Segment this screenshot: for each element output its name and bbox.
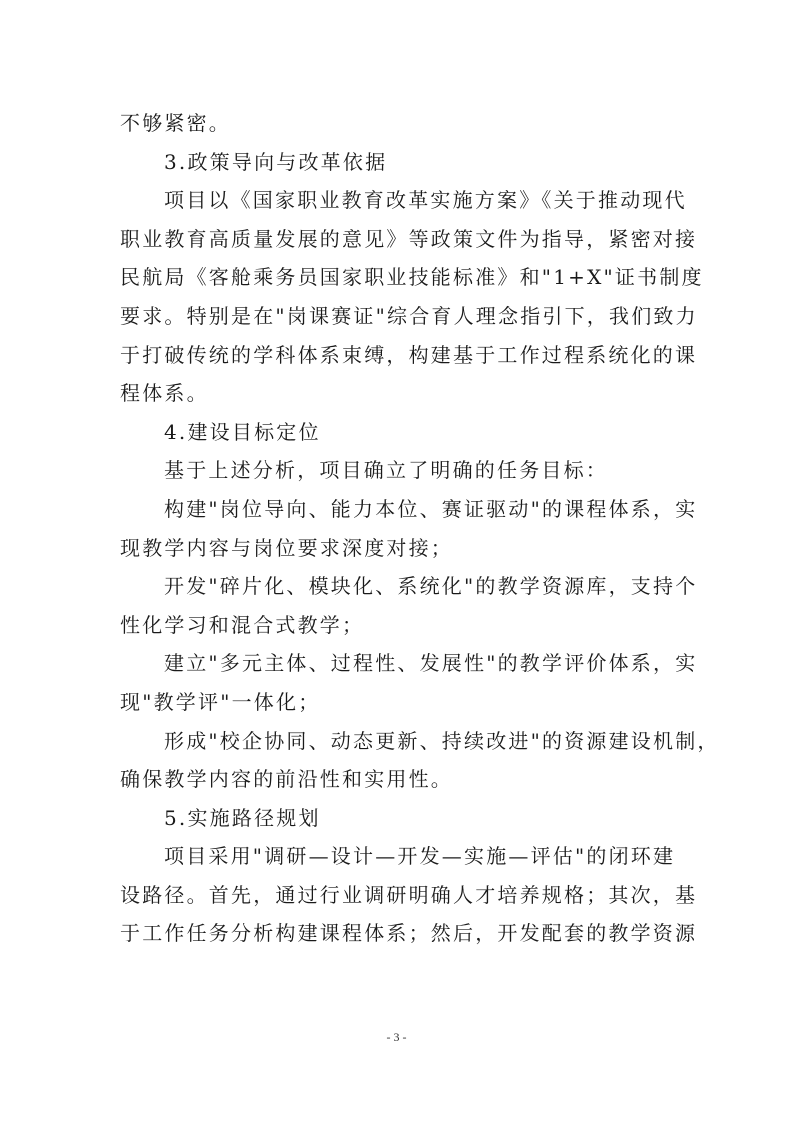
- text-line: 现教学内容与岗位要求深度对接；: [120, 529, 678, 568]
- text-line: 于工作任务分析构建课程体系；然后，开发配套的教学资源: [120, 914, 678, 953]
- text-line: 形成"校企协同、动态更新、持续改进"的资源建设机制，: [120, 722, 678, 761]
- text-line: 设路径。首先，通过行业调研明确人才培养规格；其次，基: [120, 876, 678, 915]
- section-heading-5: 5.实施路径规划: [120, 799, 678, 838]
- text-line: 程体系。: [120, 374, 678, 413]
- text-line: 项目以《国家职业教育改革实施方案》《关于推动现代: [120, 181, 678, 220]
- text-line: 建立"多元主体、过程性、发展性"的教学评价体系，实: [120, 644, 678, 683]
- page-number: - 3 -: [0, 1030, 793, 1045]
- section-heading-4: 4.建设目标定位: [120, 413, 678, 452]
- document-page: 不够紧密。 3.政策导向与改革依据 项目以《国家职业教育改革实施方案》《关于推动…: [0, 0, 793, 1122]
- text-line: 于打破传统的学科体系束缚，构建基于工作过程系统化的课: [120, 336, 678, 375]
- section-heading-3: 3.政策导向与改革依据: [120, 143, 678, 182]
- text-line: 要求。特别是在"岗课赛证"综合育人理念指引下，我们致力: [120, 297, 678, 336]
- text-line: 构建"岗位导向、能力本位、赛证驱动"的课程体系，实: [120, 490, 678, 529]
- text-line: 不够紧密。: [120, 104, 678, 143]
- body-text: 不够紧密。 3.政策导向与改革依据 项目以《国家职业教育改革实施方案》《关于推动…: [120, 104, 678, 953]
- text-line: 确保教学内容的前沿性和实用性。: [120, 760, 678, 799]
- text-line: 项目采用"调研—设计—开发—实施—评估"的闭环建: [120, 837, 678, 876]
- text-line: 性化学习和混合式教学；: [120, 606, 678, 645]
- text-line: 基于上述分析，项目确立了明确的任务目标：: [120, 451, 678, 490]
- text-line: 开发"碎片化、模块化、系统化"的教学资源库，支持个: [120, 567, 678, 606]
- text-line: 现"教学评"一体化；: [120, 683, 678, 722]
- text-line: 职业教育高质量发展的意见》等政策文件为指导，紧密对接: [120, 220, 678, 259]
- text-line: 民航局《客舱乘务员国家职业技能标准》和"1+X"证书制度: [120, 258, 678, 297]
